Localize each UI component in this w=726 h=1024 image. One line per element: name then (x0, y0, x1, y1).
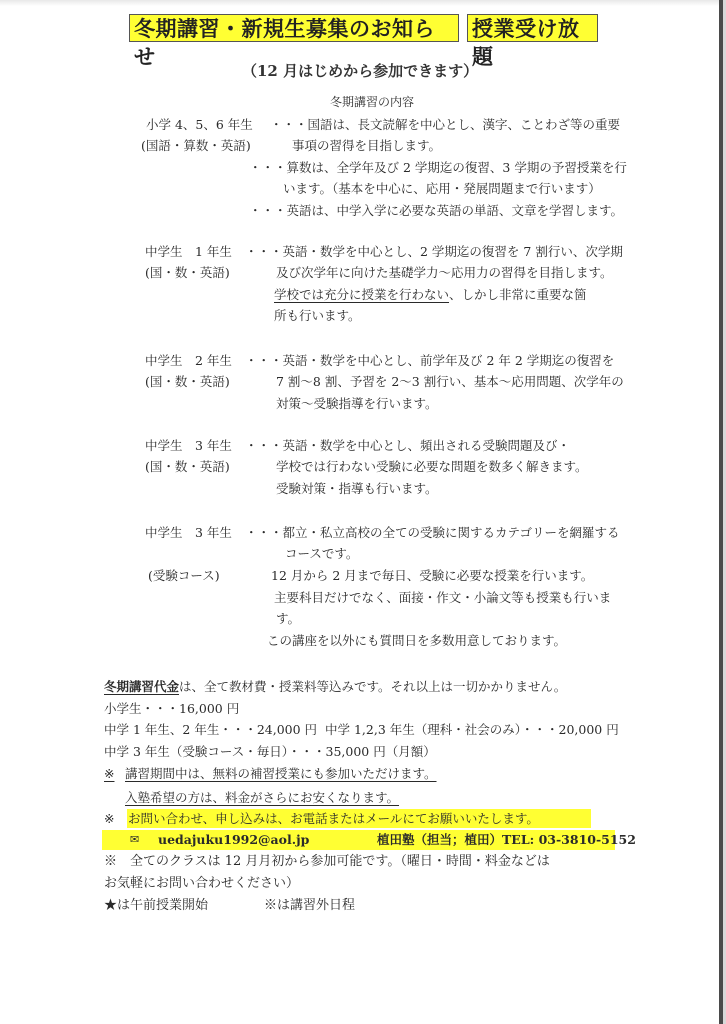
fee-jh12: 中学 1 年生、2 年生・・・24,000 円 (104, 720, 317, 740)
underlined-phrase: 学校では充分に授業を行わない (274, 287, 449, 302)
course-line: ・・・都立・私立高校の全ての受験に関するカテゴリーを網羅する (245, 523, 620, 543)
scan-top-shade (0, 0, 726, 6)
course-subjects: (国・数・英語) (145, 457, 230, 477)
course-grade: 中学生 3 年生 (145, 523, 232, 543)
course-line: ・・・英語・数学を中心とし、頻出される受験問題及び・ (245, 436, 570, 456)
footer-note-line2: お気軽にお問い合わせください） (104, 874, 299, 894)
course-line: 受験対策・指導も行います。 (276, 479, 438, 499)
note-mark: ※ (104, 764, 114, 784)
course-line: ・・・英語・数学を中心とし、前学年及び 2 年 2 学期迄の復習を (245, 351, 614, 371)
page-subtitle: （12 月はじめから参加できます） (242, 60, 478, 81)
legend-kome: ※は講習外日程 (264, 896, 355, 916)
course-line: 主要科目だけでなく、面接・作文・小論文等も授業も行いま (274, 588, 611, 608)
note-free-lessons: 講習期間中は、無料の補習授業にも参加いただけます。 (125, 764, 437, 784)
envelope-icon: ✉ (130, 830, 139, 850)
course-grade: 中学生 3 年生 (145, 436, 232, 456)
course-line-emphasis: 学校では充分に授業を行わない、しかし非常に重要な箇 (274, 285, 587, 305)
course-subjects: (国・数・英語) (145, 263, 230, 283)
course-line: ・・・国語は、長文読解を中心とし、漢字、ことわざ等の重要 (270, 115, 620, 135)
course-subjects: (国語・算数・英語) (141, 136, 251, 156)
fees-heading: 冬期講習代金は、全て教材費・授業料等込みです。それ以上は一切かかりません。 (104, 677, 566, 697)
course-line: 及び次学年に向けた基礎学力～応用力の習得を目指します。 (276, 263, 613, 283)
fee-elementary: 小学生・・・16,000 円 (104, 699, 239, 719)
course-grade: 中学生 1 年生 (145, 242, 232, 262)
legend-star: ★は午前授業開始 (104, 896, 208, 916)
content-heading: 冬期講習の内容 (330, 92, 414, 112)
fee-jh-sci-soc: 中学 1,2,3 年生（理科・社会のみ）・・・20,000 円 (325, 720, 619, 740)
title-badge: 授業受け放題 (467, 14, 598, 42)
course-subjects: (受験コース) (148, 566, 220, 586)
course-line: この講座を以外にも質問日を多数用意しております。 (267, 631, 566, 651)
fee-jh3-exam: 中学 3 年生（受験コース・毎日）・・・35,000 円（月額） (104, 742, 436, 762)
footer-note-line1: ※ 全てのクラスは 12 月月初から参加可能です。（曜日・時間・料金などは (104, 852, 550, 872)
fees-heading-underlined: 冬期講習代金 (104, 679, 179, 694)
course-line: います。（基本を中心に、応用・発展問題まで行います） (283, 179, 601, 199)
contact-email[interactable]: uedajuku1992@aol.jp (158, 830, 309, 850)
contact-phone: 植田塾（担当；植田）TEL: 03-3810-5152 (377, 830, 636, 850)
course-line: 対策～受験指導を行います。 (276, 394, 438, 414)
course-subjects: (国・数・英語) (145, 372, 230, 392)
course-line: 学校では行わない受験に必要な問題を数多く解きます。 (276, 457, 588, 477)
course-line: ・・・英語は、中学入学に必要な英語の単語、文章を学習します。 (249, 201, 623, 221)
page-title: 冬期講習・新規生募集のお知らせ (129, 14, 459, 42)
course-line: 12 月から 2 月まで毎日、受験に必要な授業を行います。 (271, 566, 593, 586)
course-line: 事項の習得を目指します。 (292, 136, 441, 156)
course-line: ・・・英語・数学を中心とし、2 学期迄の復習を 7 割行い、次学期 (245, 242, 623, 262)
course-line: す。 (276, 609, 300, 629)
course-line: ・・・算数は、全学年及び 2 学期迄の復習、3 学期の予習授業を行 (249, 158, 627, 178)
contact-mark: ※ (104, 809, 114, 829)
course-line: 7 割～8 割、予習を 2～3 割行い、基本～応用問題、次学年の (276, 372, 624, 392)
course-line: 所も行います。 (274, 306, 361, 326)
note-discount: 入塾希望の方は、料金がさらにお安くなります。 (125, 788, 399, 808)
course-grade: 小学 4、5、6 年生 (146, 115, 253, 135)
course-line: コースです。 (285, 544, 358, 564)
contact-text: お問い合わせ、申し込みは、お電話またはメールにてお願いいたします。 (128, 809, 539, 829)
course-grade: 中学生 2 年生 (145, 351, 232, 371)
